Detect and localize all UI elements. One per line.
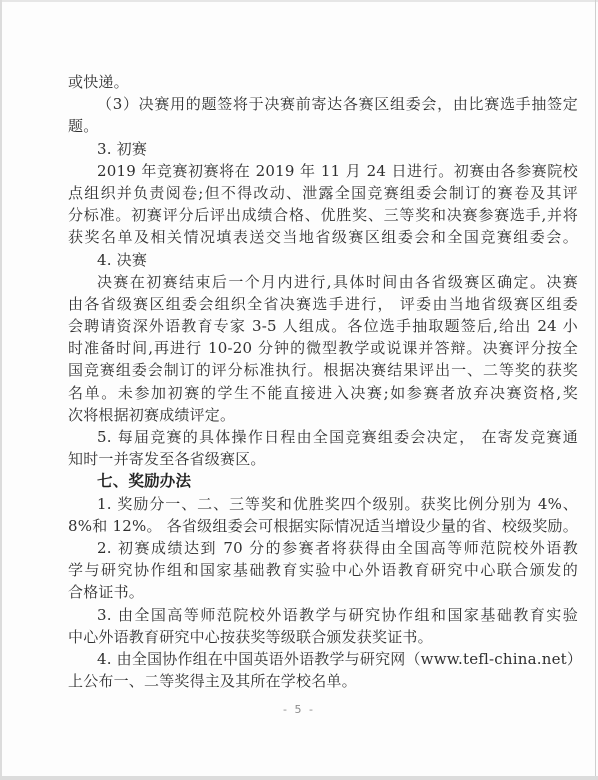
text-line: 时准备时间,再进行 10-20 分钟的微型教学或说课并答辩。决赛评分按全 xyxy=(68,337,578,359)
scan-edge-right xyxy=(595,0,596,780)
text-line: 或快递。 xyxy=(68,71,578,93)
text-line: 上公布一、二等奖得主及其所在学校名单。 xyxy=(68,670,578,692)
text-line: 名单。未参加初赛的学生不能直接进入决赛;如参赛者放弃决赛资格,奖 xyxy=(68,382,578,404)
text-line: 会聘请资深外语教育专家 3-5 人组成。各位选手抽取题签后,给出 24 小 xyxy=(68,315,578,337)
text-line: 3. 初赛 xyxy=(68,138,578,160)
scan-edge-top xyxy=(0,0,598,2)
text-line: 合格证书。 xyxy=(68,581,578,603)
text-line: 4. 决赛 xyxy=(68,249,578,271)
text-line: 获奖名单及相关情况填表送交当地省级赛区组委会和全国竞赛组委会。 xyxy=(68,226,578,248)
text-line: （3）决赛用的题签将于决赛前寄达各赛区组委会，由比赛选手抽签定 xyxy=(68,93,578,115)
text-line: 4. 由全国协作组在中国英语外语教学与研究网（www.tefl-china.ne… xyxy=(68,648,578,670)
text-line: 8%和 12%。 各省级组委会可根据实际情况适当增设少量的省、校级奖励。 xyxy=(68,515,578,537)
section-heading: 七、奖励办法 xyxy=(68,470,578,492)
text-line: 1. 奖励分一、二、三等奖和优胜奖四个级别。获奖比例分别为 4%、6%、 xyxy=(68,493,578,515)
text-line: 点组织并负责阅卷;但不得改动、泄露全国竞赛组委会制订的赛卷及其评 xyxy=(68,182,578,204)
text-line: 3. 由全国高等师范院校外语教学与研究协作组和国家基础教育实验 xyxy=(68,604,578,626)
page-number: - 5 - xyxy=(0,703,598,716)
text-line: 知时一并寄发至各省级赛区。 xyxy=(68,448,578,470)
scan-edge-left xyxy=(0,0,2,780)
text-line: 2019 年竞赛初赛将在 2019 年 11 月 24 日进行。初赛由各参赛院校… xyxy=(68,160,578,182)
text-line: 中心外语教育研究中心按获奖等级联合颁发获奖证书。 xyxy=(68,626,578,648)
text-line: 决赛在初赛结束后一个月内进行,具体时间由各省级赛区确定。决赛 xyxy=(68,271,578,293)
text-line: 题。 xyxy=(68,115,578,137)
text-line: 2. 初赛成绩达到 70 分的参赛者将获得由全国高等师范院校外语教 xyxy=(68,537,578,559)
text-line: 次将根据初赛成绩评定。 xyxy=(68,404,578,426)
text-line: 5. 每届竞赛的具体操作日程由全国竞赛组委会决定， 在寄发竞赛通 xyxy=(68,426,578,448)
text-line: 国竞赛组委会制订的评分标准执行。根据决赛结果评出一、二等奖的获奖 xyxy=(68,359,578,381)
text-line: 分标准。初赛评分后评出成绩合格、优胜奖、三等奖和决赛参赛选手,并将 xyxy=(68,204,578,226)
document-body: 或快递。（3）决赛用的题签将于决赛前寄达各赛区组委会，由比赛选手抽签定题。3. … xyxy=(68,71,578,692)
scan-edge-bottom xyxy=(0,776,598,780)
scanned-document-page: 或快递。（3）决赛用的题签将于决赛前寄达各赛区组委会，由比赛选手抽签定题。3. … xyxy=(0,0,598,780)
text-line: 由各省级赛区组委会组织全省决赛选手进行， 评委由当地省级赛区组委 xyxy=(68,293,578,315)
text-line: 学与研究协作组和国家基础教育实验中心外语教育研究中心联合颁发的 xyxy=(68,559,578,581)
